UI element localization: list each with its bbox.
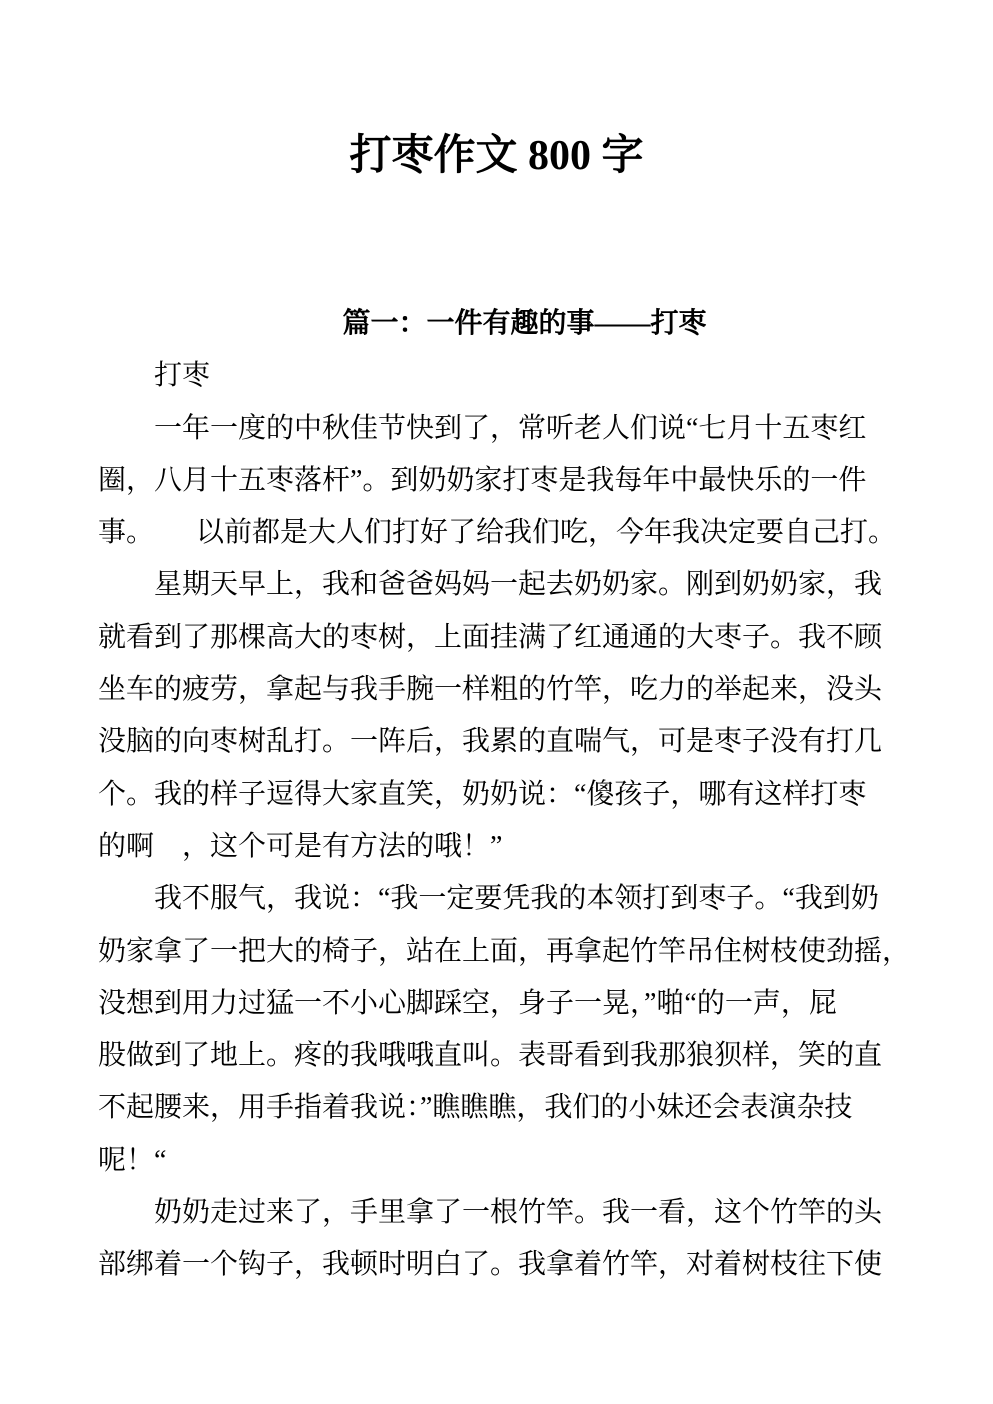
text-line-17: 奶奶走过来了，手里拿了一根竹竿。我一看，这个竹竿的头 (98, 1187, 883, 1239)
document-page: 打枣作文 800 字 篇一：一件有趣的事——打枣打枣一年一度的中秋佳节快到了，常… (0, 0, 993, 1404)
text-line-12: 奶家拿了一把大的椅子，站在上面，再拿起竹竿吊住树枝使劲摇， (98, 926, 883, 978)
text-line-13: 没想到用力过猛一不小心脚踩空，身子一晃，”啪“的一声，屁 (98, 978, 883, 1030)
text-line-6: 就看到了那棵高大的枣树，上面挂满了红通通的大枣子。我不顾 (98, 612, 883, 664)
text-line-18: 部绑着一个钩子，我顿时明白了。我拿着竹竿，对着树枝往下使 (98, 1239, 883, 1291)
text-line-16: 呢！“ (98, 1135, 883, 1187)
text-line-2: 一年一度的中秋佳节快到了，常听老人们说“七月十五枣红 (98, 403, 883, 455)
text-line-0: 篇一：一件有趣的事——打枣 (98, 298, 883, 350)
text-line-1: 打枣 (98, 350, 883, 402)
text-line-9: 个。我的样子逗得大家直笑，奶奶说：“傻孩子，哪有这样打枣 (98, 769, 883, 821)
text-line-10: 的啊 ，这个可是有方法的哦！” (98, 821, 883, 873)
text-line-7: 坐车的疲劳，拿起与我手腕一样粗的竹竿，吃力的举起来，没头 (98, 664, 883, 716)
text-line-5: 星期天早上，我和爸爸妈妈一起去奶奶家。刚到奶奶家，我 (98, 559, 883, 611)
text-line-11: 我不服气，我说：“我一定要凭我的本领打到枣子。“我到奶 (98, 873, 883, 925)
text-line-4: 事。 以前都是大人们打好了给我们吃，今年我决定要自己打。 (98, 507, 883, 559)
text-line-3: 圈，八月十五枣落杆”。到奶奶家打枣是我每年中最快乐的一件 (98, 455, 883, 507)
document-body: 篇一：一件有趣的事——打枣打枣一年一度的中秋佳节快到了，常听老人们说“七月十五枣… (0, 298, 883, 1292)
text-line-14: 股做到了地上。疼的我哦哦直叫。表哥看到我那狼狈样，笑的直 (98, 1030, 883, 1082)
document-title: 打枣作文 800 字 (0, 0, 993, 184)
text-line-15: 不起腰来，用手指着我说：”瞧瞧瞧，我们的小妹还会表演杂技 (98, 1082, 883, 1134)
text-line-8: 没脑的向枣树乱打。一阵后，我累的直喘气，可是枣子没有打几 (98, 716, 883, 768)
